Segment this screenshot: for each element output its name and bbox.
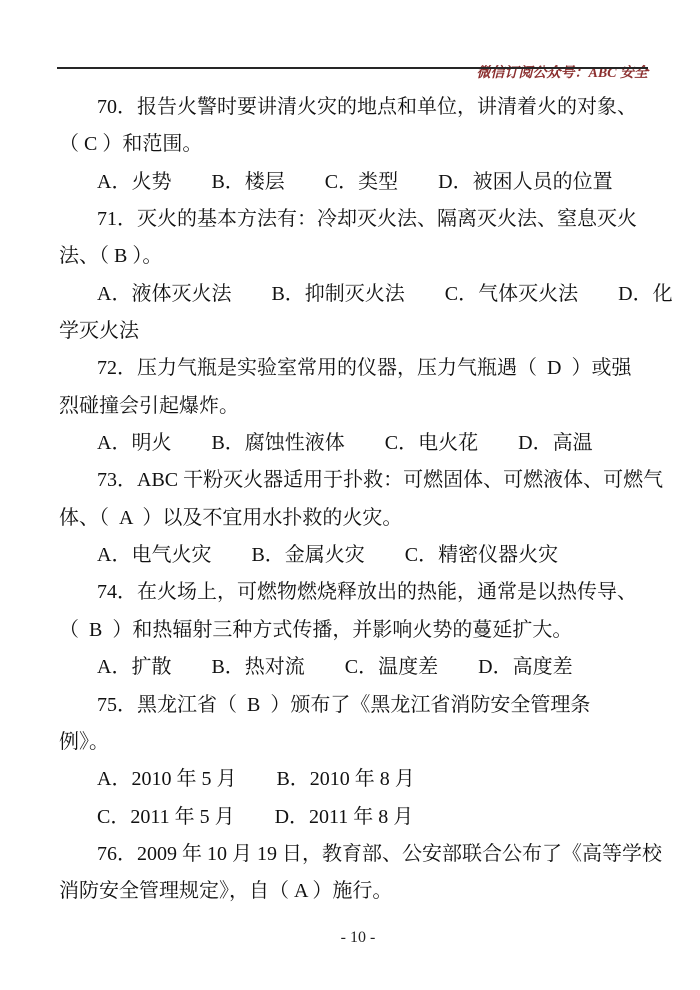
q70-options: A．火势 B．楼层 C．类型 D．被困人员的位置 — [59, 164, 659, 201]
q74-options: A．扩散 B．热对流 C．温度差 D．高度差 — [59, 649, 659, 686]
header-divider — [57, 67, 648, 69]
q75-options-line-1: A．2010 年 5 月 B．2010 年 8 月 — [59, 761, 659, 798]
q74-stem-line-1: 74．在火场上，可燃物燃烧释放出的热能，通常是以热传导、 — [59, 574, 659, 611]
q74-stem-line-2: （ B ）和热辐射三种方式传播，并影响火势的蔓延扩大。 — [59, 612, 659, 649]
q71-options-line-2: 学灭火法 — [59, 313, 659, 350]
q73-stem-line-1: 73．ABC 干粉灭火器适用于扑救：可燃固体、可燃液体、可燃气 — [59, 462, 659, 499]
q76-stem-line-2: 消防安全管理规定》，自（ A ）施行。 — [59, 873, 659, 910]
q70-stem-line-1: 70．报告火警时要讲清火灾的地点和单位，讲清着火的对象、 — [59, 89, 659, 126]
q75-stem-line-1: 75．黑龙江省（ B ）颁布了《黑龙江省消防安全管理条 — [59, 687, 659, 724]
q70-stem-line-2: （ C ）和范围。 — [59, 126, 659, 163]
q71-stem-line-1: 71．灭火的基本方法有：冷却灭火法、隔离灭火法、窒息灭火 — [59, 201, 659, 238]
page-number: - 10 - — [341, 929, 376, 946]
q72-stem-line-1: 72．压力气瓶是实验室常用的仪器，压力气瓶遇（ D ）或强 — [59, 350, 659, 387]
q75-options-line-2: C．2011 年 5 月 D．2011 年 8 月 — [59, 799, 659, 836]
q72-stem-line-2: 烈碰撞会引起爆炸。 — [59, 388, 659, 425]
document-page: 微信订阅公众号：ABC 安全 70．报告火警时要讲清火灾的地点和单位，讲清着火的… — [0, 0, 700, 990]
q71-options-line-1: A．液体灭火法 B．抑制灭火法 C．气体灭火法 D．化 — [59, 276, 659, 313]
q73-options: A．电气火灾 B．金属火灾 C．精密仪器火灾 — [59, 537, 659, 574]
q73-stem-line-2: 体、（ A ）以及不宜用水扑救的火灾。 — [59, 500, 659, 537]
q71-stem-line-2: 法、（ B ）。 — [59, 238, 659, 275]
q72-options: A．明火 B．腐蚀性液体 C．电火花 D．高温 — [59, 425, 659, 462]
page-footer: - 10 - — [0, 911, 700, 965]
q75-stem-line-2: 例》。 — [59, 724, 659, 761]
question-list: 70．报告火警时要讲清火灾的地点和单位，讲清着火的对象、 （ C ）和范围。 A… — [59, 89, 659, 911]
q76-stem-line-1: 76．2009 年 10 月 19 日，教育部、公安部联合公布了《高等学校 — [59, 836, 659, 873]
